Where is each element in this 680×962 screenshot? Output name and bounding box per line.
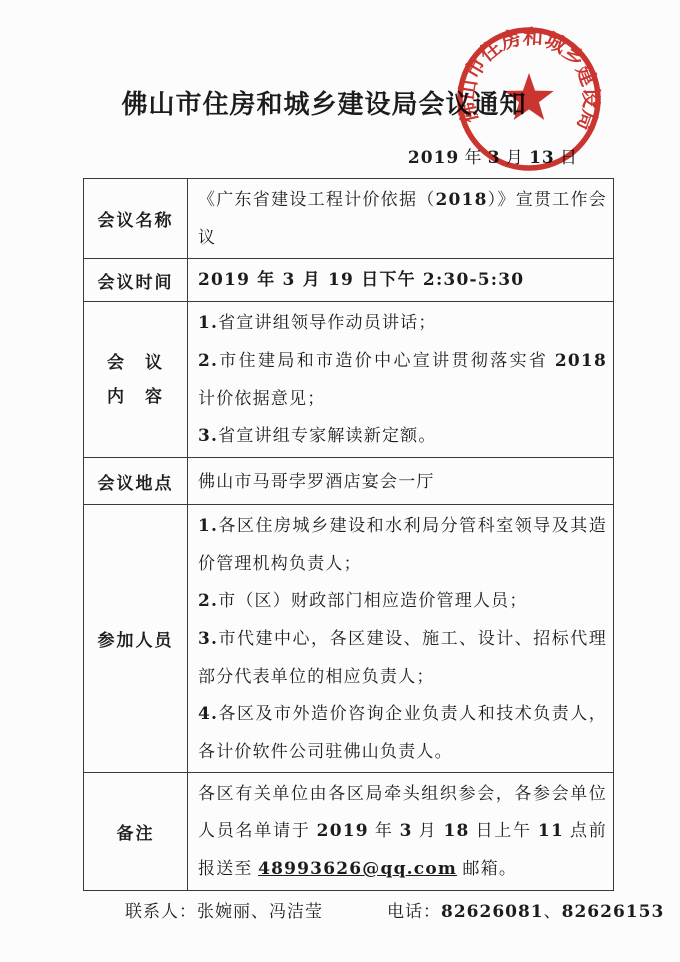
row-content: 《广东省建设工程计价依据（2018）》宣贯工作会议 xyxy=(188,179,614,259)
table-row-remarks: 备注 各区有关单位由各区局牵头组织参会，各参会单位人员名单请于 2019 年 3… xyxy=(84,773,614,891)
table-row-meeting-name: 会议名称 《广东省建设工程计价依据（2018）》宣贯工作会议 xyxy=(84,179,614,259)
row-label: 会议地点 xyxy=(84,458,188,505)
row-label-line: 内 容 xyxy=(84,380,187,414)
participant-item: 1.各区住房城乡建设和水利局分管科室领导及其造价管理机构负责人； xyxy=(198,507,607,582)
row-label: 会议时间 xyxy=(84,259,188,302)
official-seal: 佛山市住房和城乡建设局 xyxy=(455,25,603,173)
remarks-text: 各区有关单位由各区局牵头组织参会，各参会单位人员名单请于 2019 年 3 月 … xyxy=(198,775,607,888)
row-label-line: 会 议 xyxy=(84,346,187,380)
agenda-item: 1.省宣讲组领导作动员讲话； xyxy=(198,304,607,342)
table-row-meeting-time: 会议时间 2019 年 3 月 19 日下午 2:30-5:30 xyxy=(84,259,614,302)
meeting-time-text: 2019 年 3 月 19 日下午 2:30-5:30 xyxy=(198,261,607,299)
participant-item: 3.市代建中心，各区建设、施工、设计、招标代理部分代表单位的相应负责人； xyxy=(198,620,607,695)
participant-item: 4.各区及市外造价咨询企业负责人和技术负责人，各计价软件公司驻佛山负责人。 xyxy=(198,695,607,770)
contact-persons: 联系人：张婉丽、冯洁莹 xyxy=(125,897,323,922)
row-content: 1.各区住房城乡建设和水利局分管科室领导及其造价管理机构负责人； 2.市（区）财… xyxy=(188,505,614,773)
contact-phone: 电话：82626081、82626153 xyxy=(387,897,664,922)
row-content: 各区有关单位由各区局牵头组织参会，各参会单位人员名单请于 2019 年 3 月 … xyxy=(188,773,614,891)
row-content: 佛山市马哥孛罗酒店宴会一厅 xyxy=(188,458,614,505)
table-row-meeting-agenda: 会 议 内 容 1.省宣讲组领导作动员讲话； 2.市住建局和市造价中心宣讲贯彻落… xyxy=(84,302,614,458)
contact-line: 联系人：张婉丽、冯洁莹 电话：82626081、82626153 xyxy=(125,897,680,922)
row-content: 1.省宣讲组领导作动员讲话； 2.市住建局和市造价中心宣讲贯彻落实省 2018 … xyxy=(188,302,614,458)
agenda-item: 2.市住建局和市造价中心宣讲贯彻落实省 2018 计价依据意见； xyxy=(198,342,607,417)
row-label: 会议名称 xyxy=(84,179,188,259)
participant-item: 2.市（区）财政部门相应造价管理人员； xyxy=(198,582,607,620)
agenda-item: 3.省宣讲组专家解读新定额。 xyxy=(198,417,607,455)
row-content: 2019 年 3 月 19 日下午 2:30-5:30 xyxy=(188,259,614,302)
notice-table: 会议名称 《广东省建设工程计价依据（2018）》宣贯工作会议 会议时间 2019… xyxy=(83,178,614,891)
table-row-participants: 参加人员 1.各区住房城乡建设和水利局分管科室领导及其造价管理机构负责人； 2.… xyxy=(84,505,614,773)
star-icon xyxy=(504,73,553,120)
row-label: 备注 xyxy=(84,773,188,891)
meeting-name-text: 《广东省建设工程计价依据（2018）》宣贯工作会议 xyxy=(198,181,607,256)
meeting-place-text: 佛山市马哥孛罗酒店宴会一厅 xyxy=(198,463,607,500)
row-label: 会 议 内 容 xyxy=(84,302,188,458)
table-row-meeting-place: 会议地点 佛山市马哥孛罗酒店宴会一厅 xyxy=(84,458,614,505)
row-label: 参加人员 xyxy=(84,505,188,773)
seal-graphic: 佛山市住房和城乡建设局 xyxy=(455,25,603,173)
document-page: 佛山市住房和城乡建设局会议通知 佛山市住房和城乡建设局 2019 年 3 月 1… xyxy=(0,0,680,962)
